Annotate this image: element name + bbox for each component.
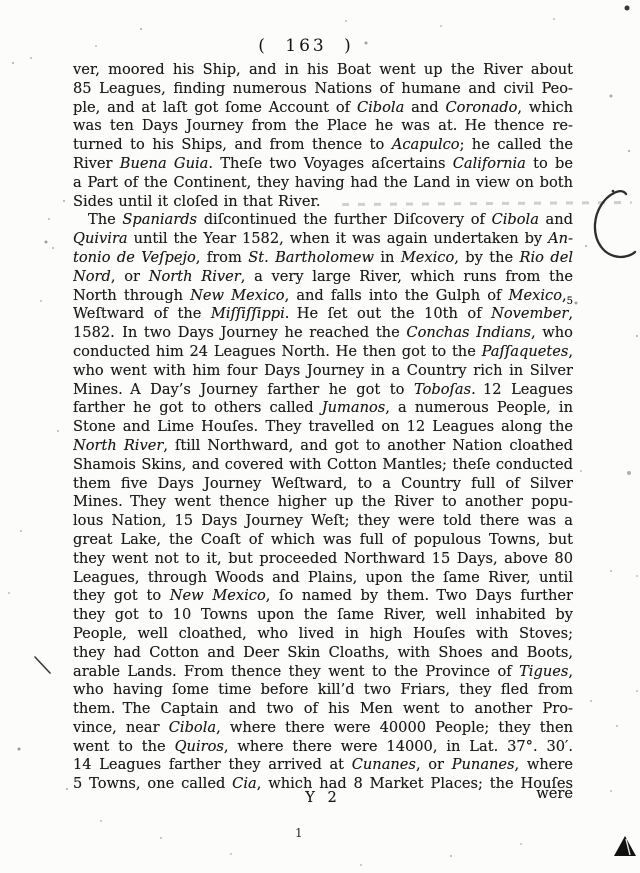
text-segment: River: [73, 155, 120, 172]
text-segment: they got to 10 Towns upon the ſame River…: [73, 606, 573, 625]
text-segment: until the Year 1582, when it was again u…: [128, 230, 549, 247]
text-segment: , by the: [454, 249, 519, 266]
text-segment: conducted him 24 Leagues North. He then …: [73, 343, 482, 360]
italic-text-segment: Buena Guia: [120, 155, 209, 172]
text-line: Nord, or North River, a very large River…: [73, 268, 573, 287]
italic-text-segment: North River: [73, 437, 163, 454]
text-line: 1582. In two Days Journey he reached the…: [73, 324, 573, 343]
text-segment: ple, and at laſt got ſome Account of: [73, 99, 357, 116]
text-line: ver, moored his Ship, and in his Boat we…: [73, 61, 573, 80]
text-segment: , from: [196, 249, 248, 266]
text-line: 14 Leagues farther they arrived at Cunan…: [73, 756, 573, 775]
text-line: them five Days Journey Weſtward, to a Co…: [73, 475, 573, 494]
text-segment: , ſo named by them. Two Days further: [266, 587, 573, 604]
text-block: ver, moored his Ship, and in his Boat we…: [73, 61, 573, 794]
text-line: North River, ſtill Northward, and got to…: [73, 437, 573, 456]
text-line: who went with him four Days Journey in a…: [73, 362, 573, 381]
text-line: who having ſome time before kill’d two F…: [73, 681, 573, 700]
italic-text-segment: Nord: [73, 268, 111, 285]
text-segment: them five Days Journey Weſtward, to a Co…: [73, 475, 573, 492]
text-segment: ,: [568, 663, 573, 680]
text-line: Mines. A Day’s Journey farther he got to…: [73, 381, 573, 400]
text-segment: 5: [567, 296, 573, 306]
italic-text-segment: Coronado: [445, 99, 517, 116]
text-segment: , which: [517, 99, 573, 116]
text-line: River Buena Guia. Theſe two Voyages aſce…: [73, 155, 573, 174]
italic-text-segment: Punanes: [452, 756, 515, 773]
text-segment: lous Nation, 15 Days Journey Weſt; they …: [73, 512, 573, 529]
text-segment: great Lake, the Coaſt of which was full …: [73, 531, 573, 548]
text-segment: , who: [531, 324, 573, 341]
italic-text-segment: November: [491, 305, 568, 322]
text-segment: turned to his Ships, and from thence to: [73, 136, 392, 153]
text-segment: they went not to it, but proceeded North…: [73, 550, 573, 567]
text-line: vince, near Cibola, where there were 400…: [73, 719, 573, 738]
text-segment: The: [88, 211, 122, 228]
catchword: were: [536, 785, 573, 802]
press-figure: 1: [295, 826, 303, 840]
text-segment: vince, near: [73, 719, 169, 736]
signature-line: Y 2 were: [73, 789, 573, 809]
italic-text-segment: Toboſas: [414, 381, 471, 398]
italic-text-segment: California: [453, 155, 526, 172]
italic-text-segment: An-: [548, 230, 573, 247]
text-line: Weſtward of the Miſſiſſippi. He ſet out …: [73, 305, 573, 324]
text-segment: a Part of the Continent, they having had…: [73, 174, 573, 191]
text-segment: , where there were 14000, in Lat. 37°. 3…: [224, 738, 573, 755]
text-line: 85 Leagues, finding numerous Nations of …: [73, 80, 573, 99]
italic-text-segment: Quivira: [73, 230, 128, 247]
italic-text-segment: Mexico: [401, 249, 454, 266]
text-segment: , where there were 40000 People; they th…: [216, 719, 573, 736]
italic-text-segment: New Mexico: [170, 587, 266, 604]
scanned-book-page: ( 163 ) ver, moored his Ship, and in his…: [0, 0, 640, 873]
italic-text-segment: New Mexico: [190, 287, 284, 304]
text-segment: was ten Days Journey from the Place he w…: [73, 117, 573, 134]
text-segment: and: [404, 99, 445, 116]
text-line: arable Lands. From thence they went to t…: [73, 663, 573, 682]
italic-text-segment: Cibola: [492, 211, 539, 228]
text-segment: People, well cloathed, who lived in high…: [73, 625, 573, 642]
text-segment: ver, moored his Ship, and in his Boat we…: [73, 61, 573, 78]
pen-mark-diagonal-icon: [32, 654, 54, 680]
text-line: they got to New Mexico, ſo named by them…: [73, 587, 573, 606]
text-segment: went to the: [73, 738, 175, 755]
italic-text-segment: St. Bartholomew: [248, 249, 374, 266]
italic-text-segment: Miſſiſſippi: [211, 305, 285, 322]
text-line: a Part of the Continent, they having had…: [73, 174, 573, 193]
text-segment: 1582. In two Days Journey he reached the: [73, 324, 406, 341]
text-line: they had Cotton and Deer Skin Cloaths, w…: [73, 644, 573, 663]
text-segment: . 12 Leagues: [471, 381, 573, 398]
text-segment: to be: [526, 155, 573, 172]
text-line: ple, and at laſt got ſome Account of Cib…: [73, 99, 573, 118]
text-line: tonio de Veſpejo, from St. Bartholomew i…: [73, 249, 573, 268]
text-segment: , or: [111, 268, 149, 285]
text-line: went to the Quiros, where there were 140…: [73, 738, 573, 757]
text-line: Leagues, through Woods and Plains, upon …: [73, 569, 573, 588]
text-segment: farther he got to others called: [73, 399, 322, 416]
text-segment: who having ſome time before kill’d two F…: [73, 681, 573, 698]
text-segment: Leagues, through Woods and Plains, upon …: [73, 569, 573, 586]
italic-text-segment: Spaniards: [122, 211, 197, 228]
text-line: The Spaniards diſcontinued the further D…: [73, 211, 573, 230]
ink-specks: [0, 0, 2, 2]
text-segment: arable Lands. From thence they went to t…: [73, 663, 519, 680]
text-segment: Sides until it cloſed in that River.: [73, 193, 321, 210]
text-segment: . Theſe two Voyages aſcertains: [208, 155, 452, 172]
italic-text-segment: Conchas Indians: [406, 324, 531, 341]
text-line: People, well cloathed, who lived in high…: [73, 625, 573, 644]
italic-text-segment: Cibola: [357, 99, 404, 116]
scan-artifact-triangle-icon: [614, 836, 638, 861]
text-segment: 85 Leagues, finding numerous Nations of …: [73, 80, 573, 97]
text-line: was ten Days Journey from the Place he w…: [73, 117, 573, 136]
text-line: North through New Mexico, and falls into…: [73, 287, 573, 306]
italic-text-segment: Jumanos: [322, 399, 385, 416]
text-line: Quivira until the Year 1582, when it was…: [73, 230, 573, 249]
text-line: turned to his Ships, and from thence to …: [73, 136, 573, 155]
text-line: they went not to it, but proceeded North…: [73, 550, 573, 569]
text-segment: , or: [416, 756, 452, 773]
italic-text-segment: tonio de Veſpejo: [73, 249, 196, 266]
text-segment: and: [539, 211, 573, 228]
italic-text-segment: Paſſaquetes: [482, 343, 569, 360]
italic-text-segment: Quiros: [175, 738, 224, 755]
text-segment: , and falls into the Gulph of: [285, 287, 509, 304]
text-segment: ; he called the: [460, 136, 573, 153]
text-segment: Shamois Skins, and covered with Cotton M…: [73, 456, 573, 473]
text-segment: , a very large River, which runs from th…: [241, 268, 573, 285]
text-segment: North through: [73, 287, 190, 304]
text-segment: they had Cotton and Deer Skin Cloaths, w…: [73, 644, 573, 663]
text-segment: them. The Captain and two of his Men wen…: [73, 700, 573, 717]
text-segment: , a numerous People, in: [385, 399, 573, 416]
text-line: Stone and Lime Houſes. They travelled on…: [73, 418, 573, 437]
text-segment: Stone and Lime Houſes. They travelled on…: [73, 418, 573, 435]
page-number-header: ( 163 ): [0, 36, 612, 56]
italic-text-segment: North River: [149, 268, 241, 285]
italic-text-segment: Acapulco: [392, 136, 460, 153]
text-line: conducted him 24 Leagues North. He then …: [73, 343, 573, 362]
text-line: them. The Captain and two of his Men wen…: [73, 700, 573, 719]
text-segment: 14 Leagues farther they arrived at: [73, 756, 352, 773]
text-segment: Mines. They went thence higher up the Ri…: [73, 493, 573, 510]
text-line: Shamois Skins, and covered with Cotton M…: [73, 456, 573, 475]
text-segment: . He ſet out the 10th of: [285, 305, 491, 322]
text-segment: who went with him four Days Journey in a…: [73, 362, 573, 379]
text-line: lous Nation, 15 Days Journey Weſt; they …: [73, 512, 573, 531]
text-segment: diſcontinued the further Diſcovery of: [197, 211, 492, 228]
text-line: great Lake, the Coaſt of which was full …: [73, 531, 573, 550]
pen-mark-curve-icon: [590, 188, 640, 276]
text-segment: Mines. A Day’s Journey farther he got to: [73, 381, 414, 398]
italic-text-segment: Rio del: [520, 249, 573, 266]
italic-text-segment: Mexico: [509, 287, 562, 304]
italic-text-segment: Cibola: [169, 719, 216, 736]
text-line: Mines. They went thence higher up the Ri…: [73, 493, 573, 512]
signature-mark: Y 2: [73, 789, 573, 806]
text-segment: Weſtward of the: [73, 305, 211, 322]
text-segment: ,: [568, 343, 573, 360]
italic-text-segment: Tigues: [519, 663, 568, 680]
text-line: farther he got to others called Jumanos,…: [73, 399, 573, 418]
italic-text-segment: Cunanes: [352, 756, 416, 773]
text-segment: in: [374, 249, 401, 266]
text-line: they got to 10 Towns upon the ſame River…: [73, 606, 573, 625]
text-segment: they got to: [73, 587, 170, 604]
text-segment: ,: [568, 305, 573, 322]
